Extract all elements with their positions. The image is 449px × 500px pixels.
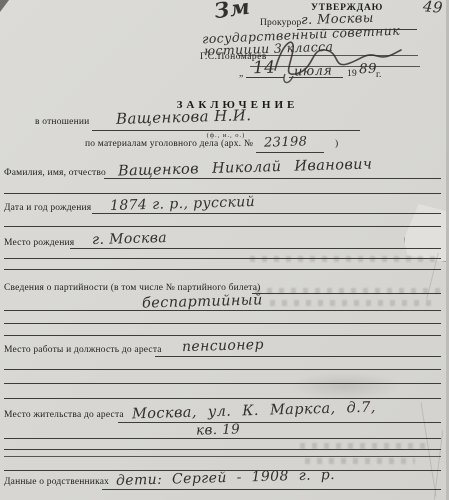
page-number-handwritten: 49 [422,0,443,17]
rule-line [4,226,441,227]
field-label-residence: Место жительства до ареста [4,410,124,420]
rule-line [118,422,441,423]
rule-line [4,438,441,439]
rule-line [4,269,441,270]
field-label-work: Место работы и должность до ареста [4,345,162,355]
field-value-birthplace: г. Москва [92,230,167,248]
field-label-relatives: Данные о родственниках [4,477,109,487]
case-line-label: по материалам уголовного дела (арх. № [85,139,253,149]
rule-line [246,77,284,78]
rule-line [252,293,441,294]
regarding-label: в отношении [35,117,89,127]
field-label-birthplace: Место рождения [4,238,74,248]
registry-mark-handwritten: Зм [212,0,251,23]
field-value-party: беспартийный [142,292,263,311]
date-year-prefix: 19 [347,69,357,79]
rule-line [4,369,441,370]
ink-bleed-through [250,256,440,262]
ink-bleed-through [305,458,415,464]
rule-line [4,323,441,324]
rule-line [70,248,441,249]
regarding-sublabel: (ф., и., о.) [92,132,360,139]
rule-line [4,335,441,336]
rule-line [92,213,441,214]
ink-bleed-through [270,300,435,306]
field-value-work: пенсионер [182,337,264,355]
rule-line [92,130,360,131]
date-year-handwritten: 89 [359,61,377,77]
rule-line [289,77,343,78]
case-number-handwritten: 23198 [264,134,308,150]
field-value-birth: 1874 г. р., русский [110,194,256,214]
rule-line [4,383,441,384]
field-value-full-name: Ващенков Николай Иванович [118,156,373,179]
field-label-full-name: Фамилия, имя, отчество [4,168,106,178]
case-line-suffix: ) [335,139,338,149]
scan-smudge [290,372,400,400]
rule-line [102,489,441,490]
rule-line [4,456,441,457]
field-label-birth: Дата и год рождения [4,203,91,213]
rule-line [4,310,441,311]
rule-line [4,258,441,259]
date-year-suffix: г. [376,70,382,80]
date-opening-quote: „ [239,69,243,79]
rule-line [4,449,441,450]
rule-line [4,193,441,194]
field-value-residence-line2: кв. 19 [196,421,241,438]
field-label-party: Сведения о партийности (в том числе № па… [4,283,261,293]
field-value-residence: Москва, ул. К. Маркса, д.7, [132,400,376,423]
date-day-handwritten: 14 [253,58,276,79]
scanned-document-page: Зм УТВЕРЖДАЮ 49 Прокурор г. Москвы госуд… [0,0,449,500]
regarding-value-handwritten: Ващенкова Н.И. [116,106,252,128]
scan-corner-mark [0,0,9,12]
rule-line [256,152,324,153]
rule-line [155,356,441,357]
